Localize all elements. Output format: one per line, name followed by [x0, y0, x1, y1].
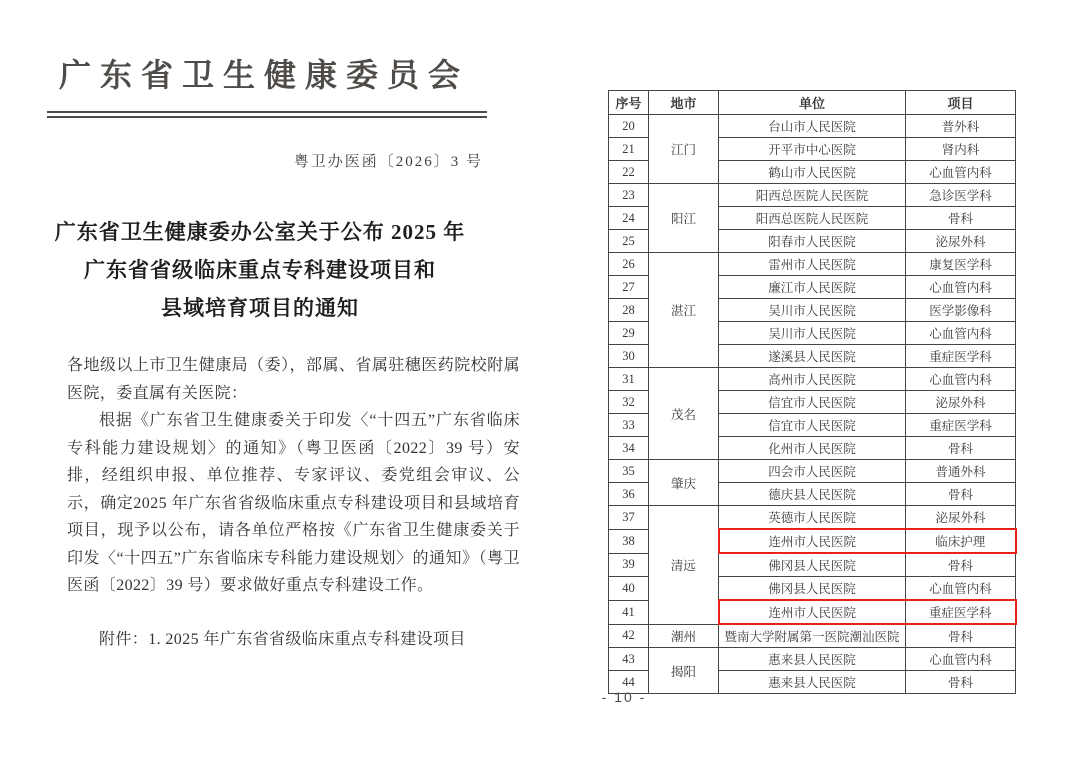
cell-city: 揭阳: [649, 648, 719, 694]
notice-title: 广东省卫生健康委办公室关于公布 2025 年 广东省省级临床重点专科建设项目和 …: [25, 213, 495, 327]
cell-unit: 阳西总医院人民医院: [719, 207, 906, 230]
cell-serial: 26: [609, 253, 649, 276]
cell-serial: 20: [609, 115, 649, 138]
body-paragraph-salutation: 各地级以上市卫生健康局（委），部属、省属驻穗医药院校附属医院，委直属有关医院：: [67, 352, 520, 407]
attachment-table: 序号 地市 单位 项目 20江门台山市人民医院普外科21开平市中心医院肾内科22…: [608, 90, 1017, 694]
notice-title-line-2: 广东省省级临床重点专科建设项目和: [25, 251, 495, 289]
cell-serial: 21: [609, 138, 649, 161]
cell-unit: 佛冈县人民医院: [719, 577, 906, 601]
table-row: 20江门台山市人民医院普外科: [609, 115, 1016, 138]
document-number: 粤卫办医函〔2026〕3 号: [47, 150, 483, 171]
cell-serial: 41: [609, 600, 649, 624]
cell-city: 湛江: [649, 253, 719, 368]
cell-serial: 39: [609, 553, 649, 577]
letterhead-title: 广东省卫生健康委员会: [38, 50, 490, 96]
cell-serial: 27: [609, 276, 649, 299]
cell-project: 心血管内科: [906, 368, 1016, 391]
cell-project: 骨科: [906, 437, 1016, 460]
cell-unit: 惠来县人民医院: [719, 648, 906, 671]
table-row: 31茂名高州市人民医院心血管内科: [609, 368, 1016, 391]
attachment-table-body: 20江门台山市人民医院普外科21开平市中心医院肾内科22鹤山市人民医院心血管内科…: [609, 115, 1016, 694]
header-unit: 单位: [719, 91, 906, 115]
cell-serial: 29: [609, 322, 649, 345]
notice-title-line-3: 县域培育项目的通知: [25, 289, 495, 327]
cell-city: 江门: [649, 115, 719, 184]
cell-serial: 33: [609, 414, 649, 437]
cell-unit: 英德市人民医院: [719, 506, 906, 530]
cell-unit: 吴川市人民医院: [719, 322, 906, 345]
cell-serial: 31: [609, 368, 649, 391]
table-row: 42潮州暨南大学附属第一医院潮汕医院骨科: [609, 624, 1016, 648]
notice-body: 各地级以上市卫生健康局（委），部属、省属驻穗医药院校附属医院，委直属有关医院： …: [67, 352, 520, 600]
cell-serial: 32: [609, 391, 649, 414]
cell-serial: 40: [609, 577, 649, 601]
cell-serial: 37: [609, 506, 649, 530]
cell-unit: 遂溪县人民医院: [719, 345, 906, 368]
notice-title-line-1: 广东省卫生健康委办公室关于公布 2025 年: [25, 213, 495, 251]
cell-serial: 30: [609, 345, 649, 368]
cell-city: 潮州: [649, 624, 719, 648]
cell-serial: 24: [609, 207, 649, 230]
cell-project: 骨科: [906, 553, 1016, 577]
cell-serial: 23: [609, 184, 649, 207]
cell-unit: 佛冈县人民医院: [719, 553, 906, 577]
table-row: 43揭阳惠来县人民医院心血管内科: [609, 648, 1016, 671]
table-row: 26湛江雷州市人民医院康复医学科: [609, 253, 1016, 276]
cell-unit: 连州市人民医院: [719, 600, 906, 624]
cell-city: 茂名: [649, 368, 719, 460]
cell-project: 心血管内科: [906, 648, 1016, 671]
table-row: 23阳江阳西总医院人民医院急诊医学科: [609, 184, 1016, 207]
cell-serial: 36: [609, 483, 649, 506]
cell-serial: 25: [609, 230, 649, 253]
cell-project: 泌尿外科: [906, 506, 1016, 530]
cell-project: 心血管内科: [906, 161, 1016, 184]
letterhead-divider: [47, 111, 487, 118]
cell-project: 骨科: [906, 483, 1016, 506]
cell-serial: 42: [609, 624, 649, 648]
cell-unit: 化州市人民医院: [719, 437, 906, 460]
cell-unit: 雷州市人民医院: [719, 253, 906, 276]
cell-unit: 阳春市人民医院: [719, 230, 906, 253]
cell-project: 泌尿外科: [906, 230, 1016, 253]
cell-serial: 22: [609, 161, 649, 184]
cell-project: 骨科: [906, 207, 1016, 230]
cell-unit: 暨南大学附属第一医院潮汕医院: [719, 624, 906, 648]
page-number: - 10 -: [592, 689, 656, 705]
cell-unit: 廉江市人民医院: [719, 276, 906, 299]
cell-project: 重症医学科: [906, 600, 1016, 624]
cell-city: 肇庆: [649, 460, 719, 506]
cell-project: 临床护理: [906, 529, 1016, 553]
cell-serial: 38: [609, 529, 649, 553]
cell-unit: 四会市人民医院: [719, 460, 906, 483]
cell-unit: 高州市人民医院: [719, 368, 906, 391]
cell-serial: 35: [609, 460, 649, 483]
table-header-row: 序号 地市 单位 项目: [609, 91, 1016, 115]
cell-project: 急诊医学科: [906, 184, 1016, 207]
cell-serial: 28: [609, 299, 649, 322]
document-page: 广东省卫生健康委员会 粤卫办医函〔2026〕3 号 广东省卫生健康委办公室关于公…: [0, 0, 1080, 764]
cell-project: 心血管内科: [906, 276, 1016, 299]
cell-unit: 连州市人民医院: [719, 529, 906, 553]
cell-city: 阳江: [649, 184, 719, 253]
attachment-line: 附件：1. 2025 年广东省省级临床重点专科建设项目: [67, 626, 520, 649]
table-row: 35肇庆四会市人民医院普通外科: [609, 460, 1016, 483]
cell-unit: 阳西总医院人民医院: [719, 184, 906, 207]
cell-serial: 34: [609, 437, 649, 460]
header-project: 项目: [906, 91, 1016, 115]
cell-project: 肾内科: [906, 138, 1016, 161]
cell-project: 普外科: [906, 115, 1016, 138]
cell-project: 骨科: [906, 624, 1016, 648]
cell-project: 普通外科: [906, 460, 1016, 483]
cell-project: 心血管内科: [906, 577, 1016, 601]
cell-project: 骨科: [906, 671, 1016, 694]
cell-city: 清远: [649, 506, 719, 625]
cell-project: 康复医学科: [906, 253, 1016, 276]
header-city: 地市: [649, 91, 719, 115]
cell-unit: 鹤山市人民医院: [719, 161, 906, 184]
table-row: 37清远英德市人民医院泌尿外科: [609, 506, 1016, 530]
cell-project: 重症医学科: [906, 345, 1016, 368]
body-paragraph-main: 根据《广东省卫生健康委关于印发〈“十四五”广东省临床专科能力建设规划〉的通知》（…: [67, 407, 520, 600]
cell-unit: 台山市人民医院: [719, 115, 906, 138]
cell-project: 医学影像科: [906, 299, 1016, 322]
cell-unit: 惠来县人民医院: [719, 671, 906, 694]
header-serial: 序号: [609, 91, 649, 115]
cell-project: 重症医学科: [906, 414, 1016, 437]
cell-serial: 43: [609, 648, 649, 671]
cell-unit: 吴川市人民医院: [719, 299, 906, 322]
cell-unit: 德庆县人民医院: [719, 483, 906, 506]
cell-project: 泌尿外科: [906, 391, 1016, 414]
cell-unit: 信宜市人民医院: [719, 414, 906, 437]
cell-unit: 信宜市人民医院: [719, 391, 906, 414]
cell-project: 心血管内科: [906, 322, 1016, 345]
cell-unit: 开平市中心医院: [719, 138, 906, 161]
